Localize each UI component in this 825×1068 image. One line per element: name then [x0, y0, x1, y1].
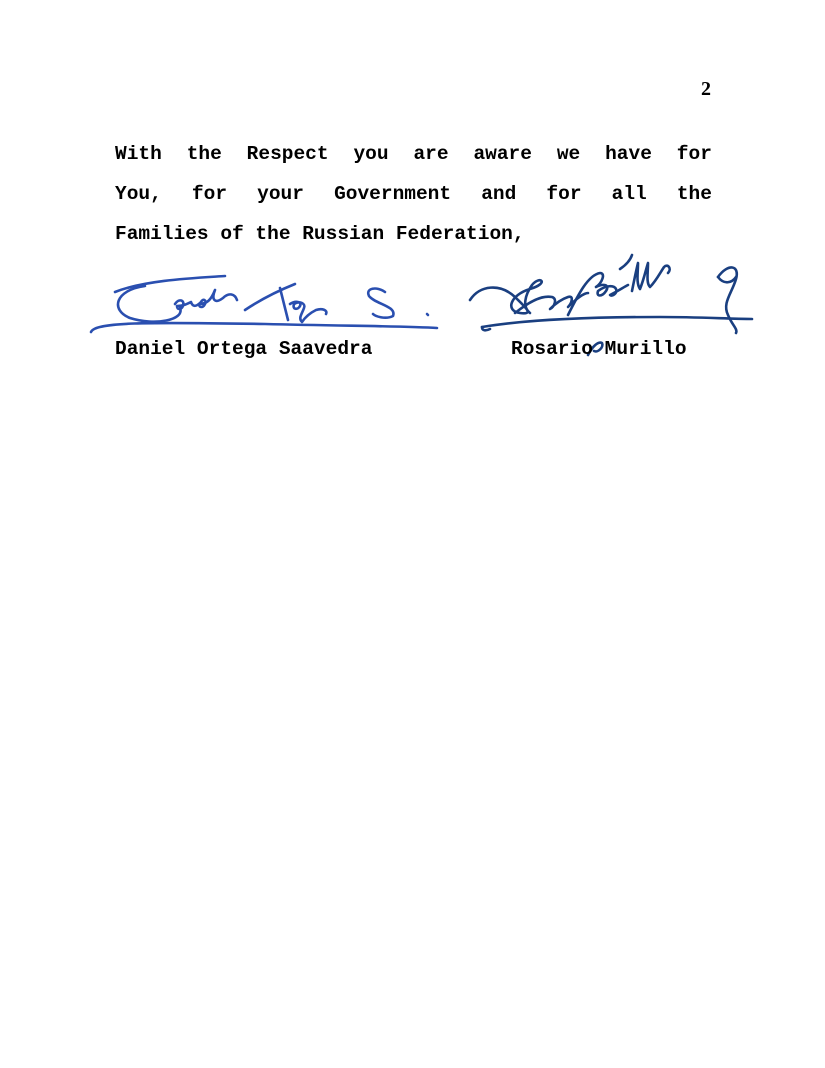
closing-word: for: [192, 174, 227, 214]
closing-word: and: [481, 174, 516, 214]
closing-word: are: [413, 134, 448, 174]
closing-word: your: [257, 174, 304, 214]
closing-word: the: [677, 174, 712, 214]
closing-word: You,: [115, 174, 162, 214]
closing-word: all: [612, 174, 647, 214]
closing-word: for: [677, 134, 712, 174]
page-number: 2: [701, 78, 711, 101]
closing-line-2: You,foryourGovernmentandforallthe: [115, 174, 712, 214]
closing-word: we: [557, 134, 580, 174]
closing-paragraph: WiththeRespectyouareawarewehavefor You,f…: [115, 134, 712, 254]
closing-word: Respect: [247, 134, 329, 174]
closing-line-1: WiththeRespectyouareawarewehavefor: [115, 134, 712, 174]
closing-word: for: [546, 174, 581, 214]
closing-word: you: [353, 134, 388, 174]
signature-daniel-ortega: [85, 270, 445, 340]
closing-word: have: [605, 134, 652, 174]
closing-word: Families of the Russian Federation,: [115, 223, 525, 245]
signatory-name-daniel-ortega: Daniel Ortega Saavedra: [115, 338, 372, 360]
closing-word: Government: [334, 174, 451, 214]
signatory-name-rosario-murillo: Rosario Murillo: [511, 338, 687, 360]
closing-word: With: [115, 134, 162, 174]
closing-word: the: [187, 134, 222, 174]
closing-word: aware: [473, 134, 532, 174]
